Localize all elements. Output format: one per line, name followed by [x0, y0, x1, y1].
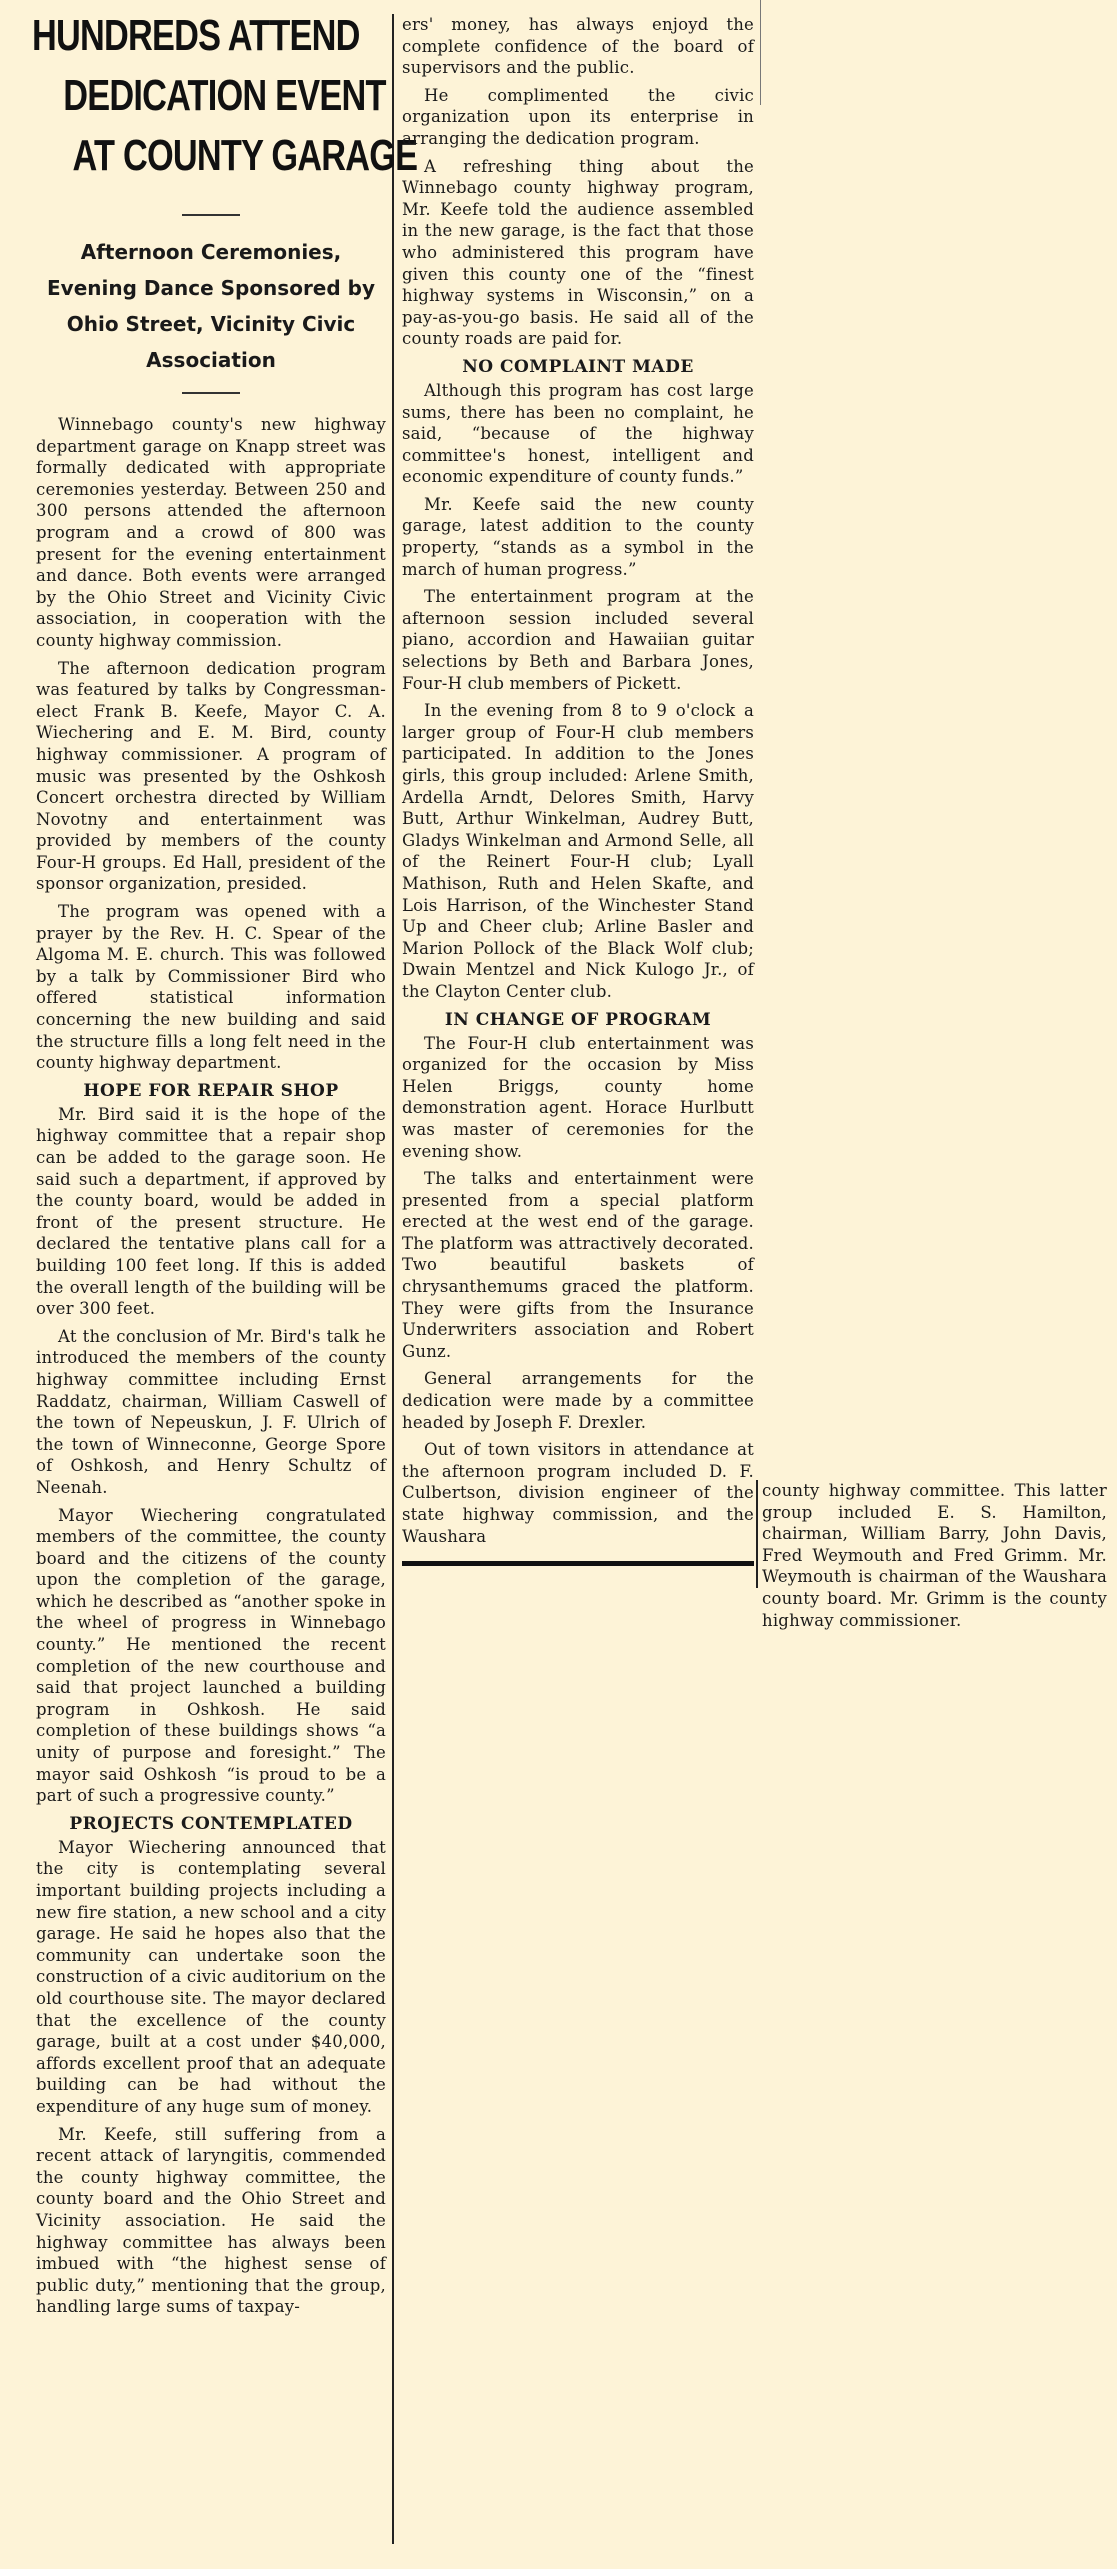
paragraph: Mayor Wiechering announced that the city…: [36, 1837, 386, 2118]
headline-divider: [182, 214, 240, 216]
paragraph: He complimented the civic organization u…: [402, 85, 754, 150]
paragraph: Mr. Keefe said the new county garage, la…: [402, 494, 754, 580]
column-divider-2: [760, 0, 761, 105]
paragraph: Out of town visitors in attendance at th…: [402, 1439, 754, 1547]
paragraph-continuation: ers' money, has always enjoyd the comple…: [402, 14, 754, 79]
paragraph: The talks and entertainment were present…: [402, 1168, 754, 1362]
paragraph: At the conclusion of Mr. Bird's talk he …: [36, 1326, 386, 1499]
crosshead-in-change-of-program: IN CHANGE OF PROGRAM: [402, 1009, 754, 1031]
subheadline-divider: [182, 392, 240, 394]
headline: HUNDREDS ATTEND DEDICATION EVENT AT COUN…: [32, 6, 375, 186]
column-divider-1: [392, 14, 394, 2544]
headline-line-2: DEDICATION EVENT: [32, 66, 375, 126]
article-column-1: HUNDREDS ATTEND DEDICATION EVENT AT COUN…: [36, 6, 386, 2324]
paragraph: The program was opened with a prayer by …: [36, 901, 386, 1074]
headline-line-3: AT COUNTY GARAGE: [32, 126, 375, 186]
paragraph: Although this program has cost large sum…: [402, 380, 754, 488]
crosshead-projects-contemplated: PROJECTS CONTEMPLATED: [36, 1813, 386, 1835]
article-column-2: ers' money, has always enjoyd the comple…: [402, 14, 754, 1566]
paragraph: The entertainment program at the afterno…: [402, 586, 754, 694]
paragraph: Mr. Bird said it is the hope of the high…: [36, 1104, 386, 1320]
paragraph: The Four-H club entertainment was organi…: [402, 1033, 754, 1163]
column-divider-3: [756, 1480, 758, 1588]
end-of-article-rule: [402, 1561, 754, 1566]
article-column-3: county highway committee. This latter gr…: [762, 1480, 1107, 1637]
paragraph: Mr. Keefe, still suffering from a recent…: [36, 2124, 386, 2318]
paragraph-continuation: county highway committee. This latter gr…: [762, 1480, 1107, 1631]
paragraph: In the evening from 8 to 9 o'clock a lar…: [402, 700, 754, 1002]
crosshead-no-complaint: NO COMPLAINT MADE: [402, 356, 754, 378]
headline-line-1: HUNDREDS ATTEND: [32, 6, 375, 66]
crosshead-repair-shop: HOPE FOR REPAIR SHOP: [36, 1080, 386, 1102]
paragraph: General arrangements for the dedication …: [402, 1368, 754, 1433]
paragraph: Winnebago county's new highway departmen…: [36, 414, 386, 652]
paragraph: A refreshing thing about the Winnebago c…: [402, 156, 754, 350]
paragraph: Mayor Wiechering congratulated members o…: [36, 1505, 386, 1807]
subheadline: Afternoon Ceremonies, Evening Dance Spon…: [36, 234, 386, 378]
paragraph: The afternoon dedication program was fea…: [36, 658, 386, 896]
